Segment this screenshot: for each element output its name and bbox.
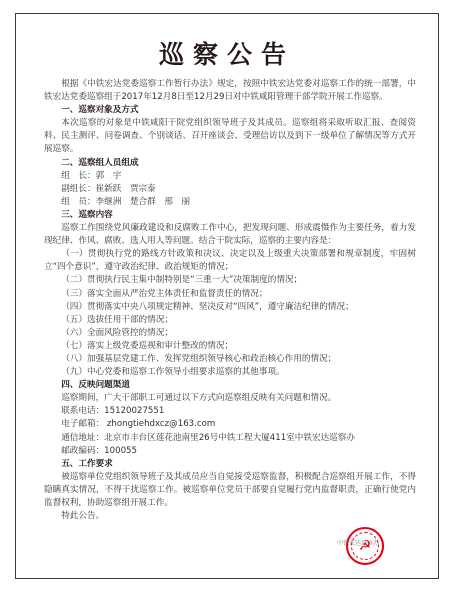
contact-phone: 联系电话：15120027551 [44, 405, 416, 418]
member-role: 组 长： [61, 171, 95, 181]
content-item: （五）选拔任用干部的情况； [44, 314, 416, 327]
document-frame: 巡察公告 根据《中铁宏达党委巡察工作暂行办法》规定，按照中铁宏达党委对巡察工作的… [15, 13, 439, 579]
section-1-paragraph: 本次巡察的对象是中铁咸阳干院党组织领导班子及其成员。巡察组将采取听取汇报、查阅资… [44, 117, 416, 156]
section-heading-5: 五、工作要求 [44, 458, 416, 471]
intro-paragraph: 根据《中铁宏达党委巡察工作暂行办法》规定，按照中铁宏达党委对巡察工作的统一部署，… [44, 78, 416, 104]
content-item: （九）中心党委和巡察工作领导小组要求巡察的其他事项。 [44, 366, 416, 379]
section-heading-3: 三、巡察内容 [44, 209, 416, 222]
document-body: 根据《中铁宏达党委巡察工作暂行办法》规定，按照中铁宏达党委对巡察工作的统一部署，… [44, 78, 416, 523]
section-heading-1: 一、巡察对象及方式 [44, 104, 416, 117]
member-names: 崔新跃 贾宗泰 [96, 184, 156, 194]
member-row: 组 员：李继洲 楚合群 邢 丽 [44, 196, 416, 209]
contact-email: 电子邮箱： zhongtiehdxcz@163.com [44, 418, 416, 431]
mailing-address: 北京市丰台区莲花池南里26号中铁工程大厦411室中铁宏达巡察办 [104, 433, 355, 443]
contact-address: 通信地址：北京市丰台区莲花池南里26号中铁工程大厦411室中铁宏达巡察办 [44, 432, 416, 445]
phone-number: 15120027551 [104, 406, 164, 416]
contact-label: 联系电话： [61, 406, 104, 416]
section-5-paragraph: 被巡察单位党组织领导班子及其成员应当自觉接受巡察监督，积极配合巡察组开展工作，不… [44, 471, 416, 510]
member-row: 组 长：郭 宇 [44, 170, 416, 183]
contact-postcode: 邮政编码：100055 [44, 445, 416, 458]
member-role: 副组长： [61, 184, 95, 194]
postal-code: 100055 [104, 446, 137, 456]
member-row: 副组长：崔新跃 贾宗泰 [44, 183, 416, 196]
contact-label: 电子邮箱： [61, 419, 104, 429]
member-names: 郭 宇 [96, 171, 122, 181]
member-names: 李继洲 楚合群 邢 丽 [96, 197, 191, 207]
section-3-paragraph: 巡察工作围绕党风廉政建设和反腐败工作中心，把发现问题、形成震慑作为主要任务，着力… [44, 222, 416, 248]
content-item: （四）贯彻落实中央八项规定精神、坚决反对“四风”，遵守廉洁纪律的情况； [44, 301, 416, 314]
closing-line: 特此公告。 [44, 510, 416, 523]
email-address: zhongtiehdxcz@163.com [104, 419, 215, 429]
content-item: （三）落实全面从严治党主体责任和监督责任的情况； [44, 288, 416, 301]
seal-signature-text: 中铁宏达巡察办 [337, 538, 379, 547]
page-title: 巡察公告 [16, 40, 438, 70]
content-item: （六）全面风险管控的情况； [44, 327, 416, 340]
content-item: （八）加强基层党建工作、发挥党组织领导核心和政治核心作用的情况； [44, 353, 416, 366]
channel-intro: 巡察期间，广大干部职工可通过以下方式向巡察组反映有关问题和情况。 [44, 392, 416, 405]
member-role: 组 员： [61, 197, 95, 207]
content-item: （七）落实上级党委巡视和审计整改的情况； [44, 340, 416, 353]
section-heading-2: 二、巡察组人员组成 [44, 157, 416, 170]
content-item: （一）贯彻执行党的路线方针政策和决议、决定以及上级重大决策部署和规章制度，牢固树… [44, 248, 416, 274]
content-item: （二）贯彻执行民主集中制特别是“三重一大”决策制度的情况； [44, 274, 416, 287]
contact-label: 通信地址： [61, 433, 104, 443]
section-heading-4: 四、反映问题渠道 [44, 379, 416, 392]
contact-label: 邮政编码： [61, 446, 104, 456]
